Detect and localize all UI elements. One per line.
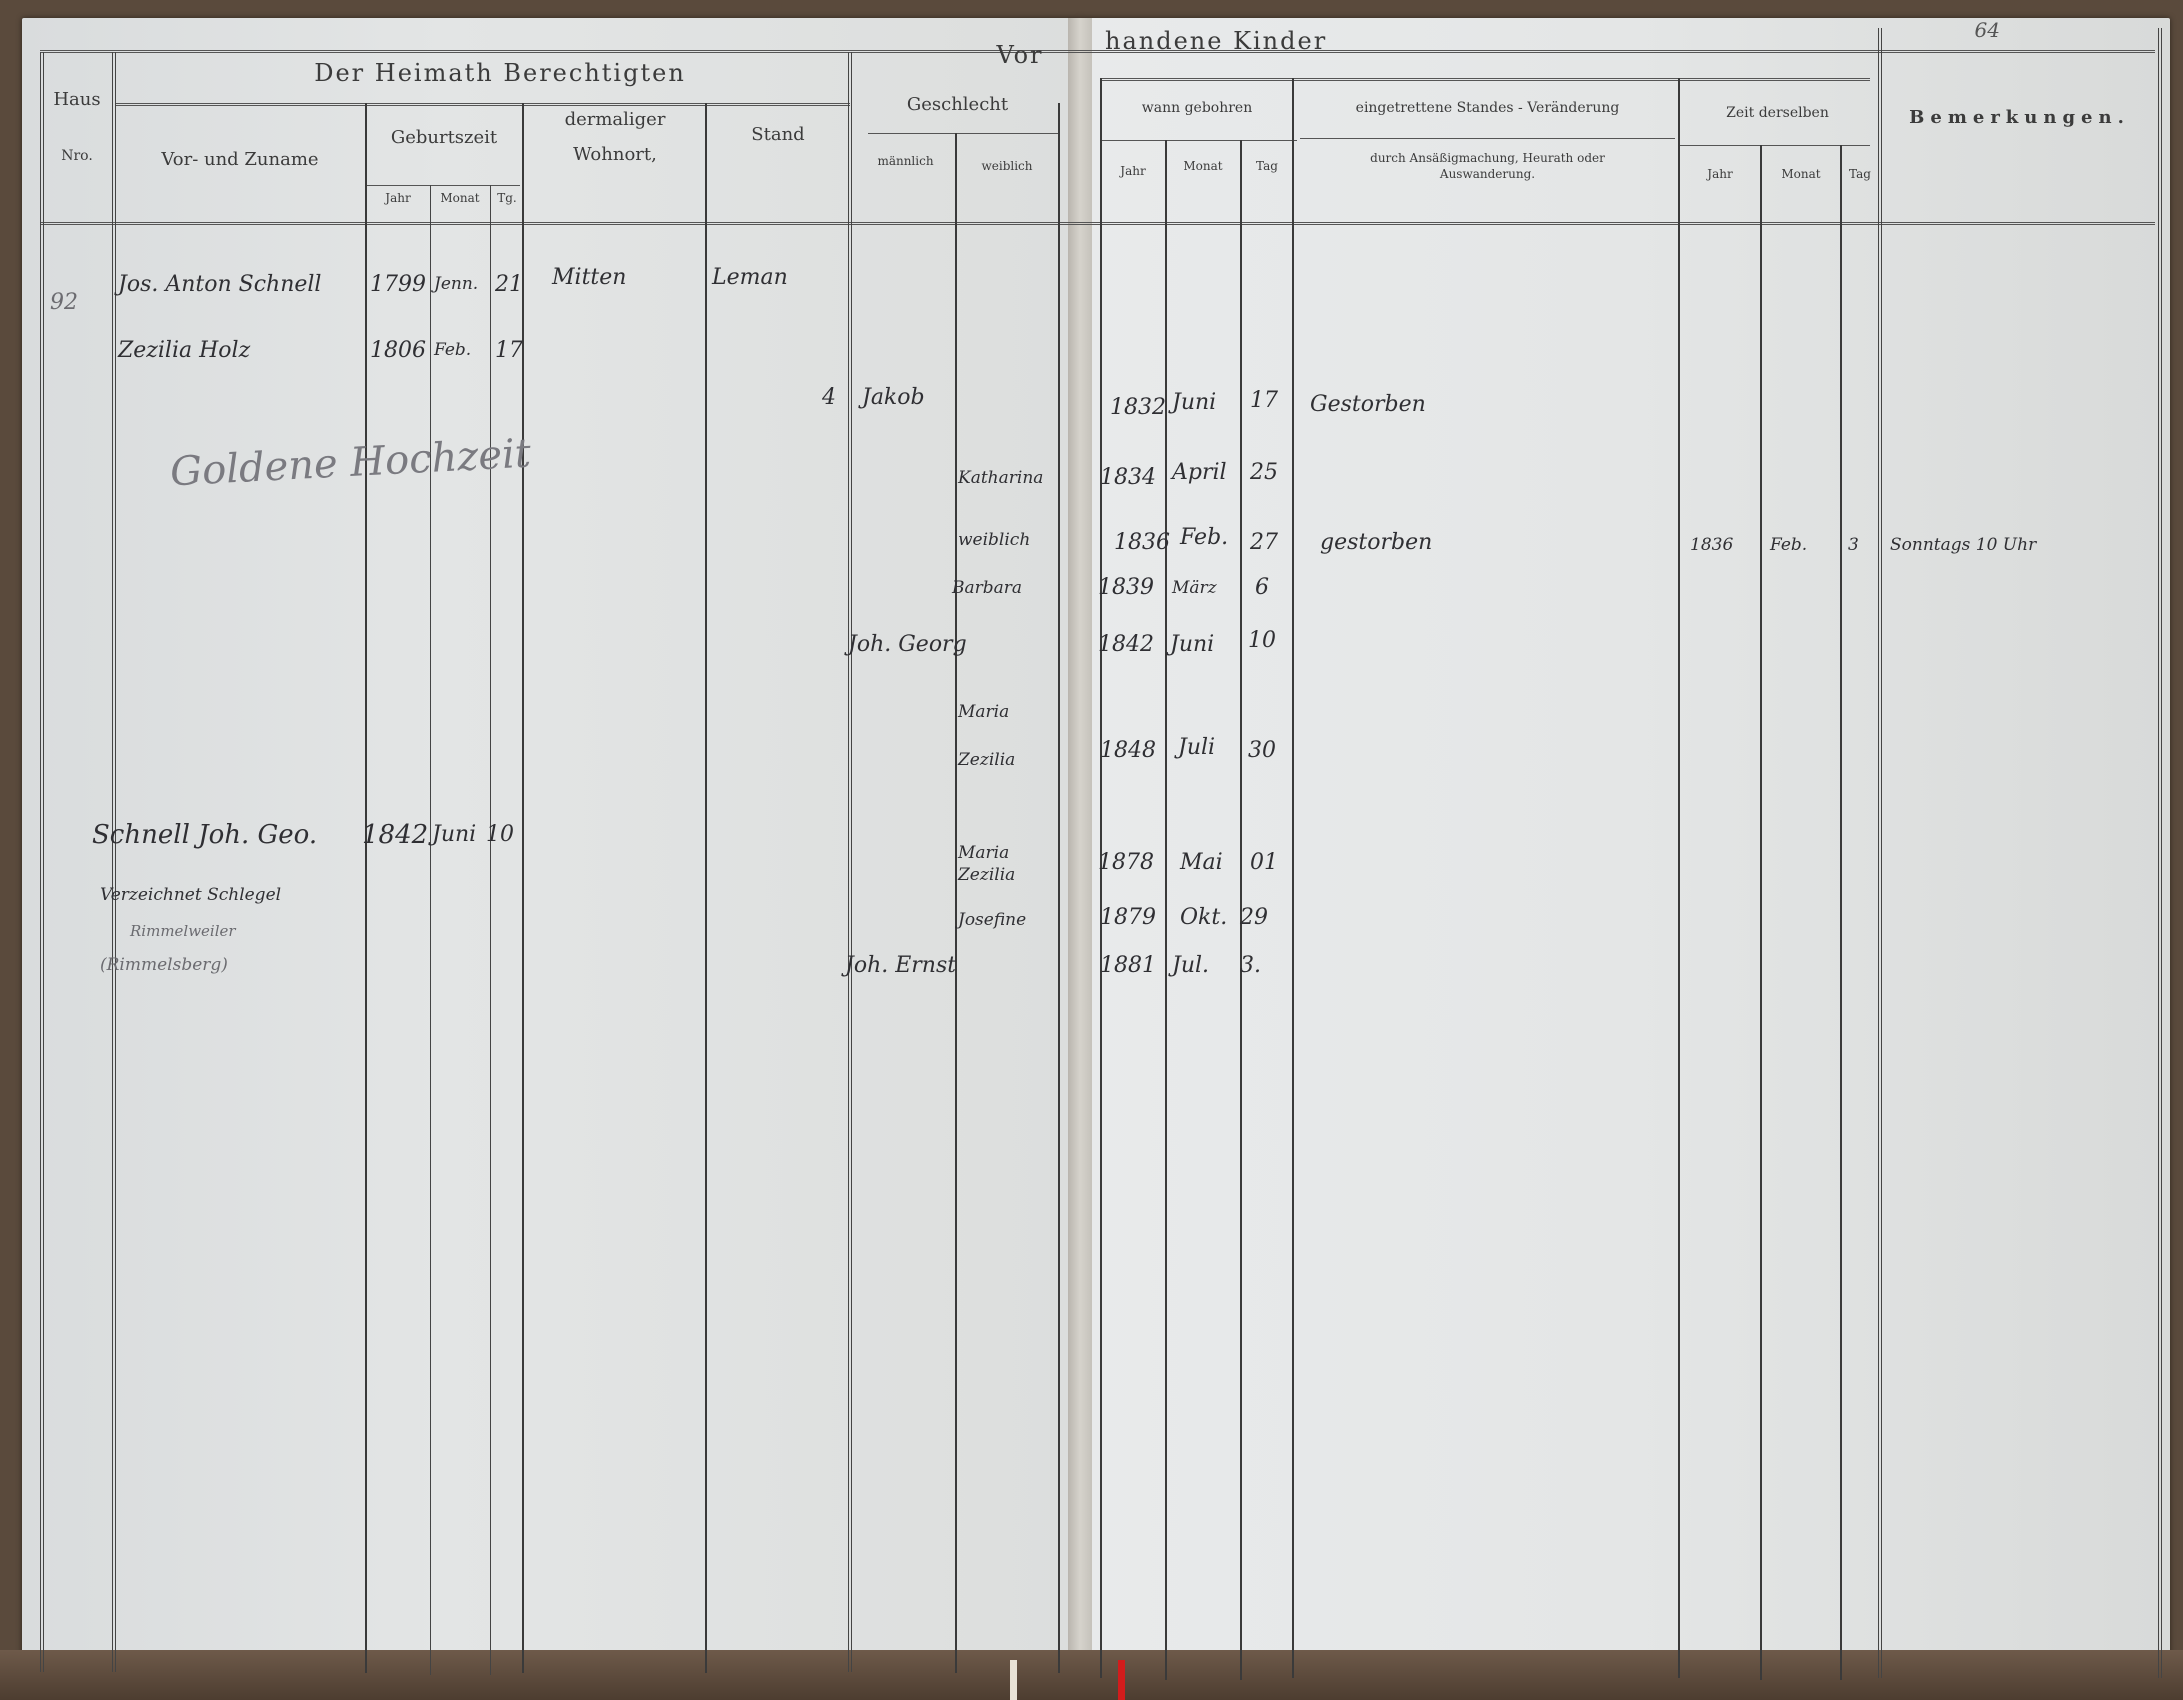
geburtszeit-subrule xyxy=(365,185,520,186)
parent-2-monat: Feb. xyxy=(434,340,471,360)
header-veraenderung: eingetrettene Standes - Veränderung xyxy=(1300,100,1675,116)
haus-number: 92 xyxy=(50,290,78,315)
child-3-monat: Feb. xyxy=(1180,525,1228,550)
header-geschlecht: Geschlecht xyxy=(860,95,1055,116)
rule-right-start xyxy=(1100,78,1102,1678)
entry-2-child-2-jahr: 1879 xyxy=(1100,905,1156,930)
entry-2-name: Schnell Joh. Geo. xyxy=(92,820,317,850)
rule-kind-jahr xyxy=(1165,140,1167,1680)
child-1-tag: 17 xyxy=(1250,388,1278,413)
child-2-jahr: 1834 xyxy=(1100,465,1156,490)
parent-2-tag: 17 xyxy=(495,338,523,363)
wann-subrule xyxy=(1102,140,1297,141)
child-count-mark: 4 xyxy=(822,385,836,410)
entry-2-child-3-monat: Jul. xyxy=(1172,953,1209,978)
header-zeit-monat: Monat xyxy=(1762,168,1840,182)
rule-veraenderung xyxy=(1678,78,1680,1678)
child-5-jahr: 1842 xyxy=(1098,632,1154,657)
title-handene-kinder: handene Kinder xyxy=(1105,28,1365,56)
bookmark-ribbon-red xyxy=(1118,1660,1125,1700)
header-nro: Nro. xyxy=(42,148,112,164)
header-kind-jahr: Jahr xyxy=(1102,165,1164,179)
rule-bemerkungen xyxy=(1878,28,1882,1678)
child-6-female: Maria Zezilia xyxy=(958,688,1053,784)
child-1-monat: Juni xyxy=(1172,390,1216,415)
page-number: 64 xyxy=(1975,18,2000,42)
child-2-monat: April xyxy=(1172,460,1227,485)
child-3-tag: 27 xyxy=(1250,530,1278,555)
title-vor: Vor xyxy=(980,42,1060,70)
entry-2-child-2-tag: 29 xyxy=(1240,905,1268,930)
child-6-tag: 30 xyxy=(1248,738,1276,763)
header-wann-gebohren: wann gebohren xyxy=(1102,100,1292,116)
header-kind-tag: Tag xyxy=(1242,160,1292,174)
header-weiblich: weiblich xyxy=(958,160,1056,174)
rule-zeit-jahr xyxy=(1760,145,1762,1680)
header-zeit-jahr: Jahr xyxy=(1680,168,1760,182)
child-3-v-jahr: 1836 xyxy=(1690,535,1733,555)
header-name: Vor- und Zuname xyxy=(120,150,360,171)
entry-2-child-1-female: Maria Zezilia xyxy=(958,842,1053,886)
entry-2-child-1-tag: 01 xyxy=(1250,850,1278,875)
book-gutter xyxy=(1068,18,1092,1678)
header-wohnort-1: dermaliger xyxy=(525,110,705,131)
header-stand: Stand xyxy=(708,125,848,146)
rule-kind-tag xyxy=(1292,78,1294,1678)
entry-2-monat: Juni xyxy=(432,822,476,847)
child-1-male: Jakob xyxy=(862,385,925,410)
header-veraenderung-sub-1: durch Ansäßigmachung, Heurath oder xyxy=(1300,152,1675,166)
header-gb-tag: Tg. xyxy=(492,192,522,206)
child-3-jahr: 1836 xyxy=(1114,530,1170,555)
parent-1-tag: 21 xyxy=(495,272,523,297)
entry-2-child-1-jahr: 1878 xyxy=(1098,850,1154,875)
parent-1-jahr: 1799 xyxy=(370,272,426,297)
header-geburtszeit: Geburtszeit xyxy=(368,128,520,149)
child-4-monat: März xyxy=(1172,578,1217,598)
child-3-veraenderung: gestorben xyxy=(1320,530,1432,555)
parent-2-jahr: 1806 xyxy=(370,338,426,363)
header-rule-right xyxy=(1100,78,1870,81)
child-3-v-monat: Feb. xyxy=(1770,535,1807,555)
book-edge xyxy=(0,1650,2183,1700)
child-3-female: weiblich xyxy=(958,530,1030,550)
entry-2-child-3-tag: 3. xyxy=(1240,953,1261,978)
child-1-veraenderung: Gestorben xyxy=(1310,392,1426,417)
rule-weiblich xyxy=(1058,103,1060,1673)
child-4-tag: 6 xyxy=(1255,575,1269,600)
header-bemerkungen: Bemerkungen. xyxy=(1882,108,2157,129)
rule-right-border xyxy=(2158,28,2162,1678)
top-rule xyxy=(40,50,2155,53)
child-2-female: Katharina xyxy=(958,468,1043,488)
child-6-monat: Juli xyxy=(1178,735,1215,760)
child-3-v-tag: 3 xyxy=(1848,535,1859,555)
rule-monat xyxy=(490,185,491,1675)
entry-2-note-2: Rimmelweiler xyxy=(130,922,236,940)
veraenderung-subrule xyxy=(1300,138,1675,139)
header-maennlich: männlich xyxy=(858,155,953,169)
geschlecht-subrule xyxy=(868,133,1058,134)
entry-2-child-3-jahr: 1881 xyxy=(1100,953,1156,978)
rule-zeit-monat xyxy=(1840,145,1842,1680)
title-heimath-berechtigten: Der Heimath Berechtigten xyxy=(250,60,750,88)
rule-left-border xyxy=(40,52,44,1672)
rule-wohnort xyxy=(705,103,707,1673)
entry-2-jahr: 1842 xyxy=(362,820,428,850)
entry-2-child-3-male: Joh. Ernst xyxy=(845,953,956,978)
header-veraenderung-sub-2: Auswanderung. xyxy=(1300,168,1675,182)
header-wohnort-2: Wohnort, xyxy=(525,145,705,166)
parent-1-name: Jos. Anton Schnell xyxy=(118,272,321,297)
child-5-tag: 10 xyxy=(1248,628,1276,653)
header-gb-monat: Monat xyxy=(432,192,488,206)
rule-haus xyxy=(112,52,116,1672)
entry-2-note-3: (Rimmelsberg) xyxy=(100,955,228,975)
header-haus: Haus xyxy=(42,90,112,111)
right-page: 64 xyxy=(1080,18,2170,1678)
child-2-tag: 25 xyxy=(1250,460,1278,485)
entry-2-child-2-monat: Okt. xyxy=(1180,905,1227,930)
entry-2-child-2-female: Josefine xyxy=(958,910,1026,930)
rule-jahr xyxy=(430,185,431,1675)
rule-stand xyxy=(848,52,852,1672)
child-5-monat: Juni xyxy=(1170,632,1214,657)
child-4-female: Barbara xyxy=(952,578,1022,598)
parent-1-monat: Jenn. xyxy=(434,274,478,294)
parent-1-stand: Leman xyxy=(712,265,788,290)
header-rule-left xyxy=(115,103,850,106)
entry-2-tag: 10 xyxy=(486,822,514,847)
parent-2-name: Zezilia Holz xyxy=(118,338,250,363)
child-3-bemerkung: Sonntags 10 Uhr xyxy=(1890,535,2036,555)
child-1-jahr: 1832 xyxy=(1110,395,1166,420)
bookmark-ribbon-white xyxy=(1010,1660,1017,1700)
rule-name xyxy=(365,103,367,1673)
header-zeit-tag: Tag xyxy=(1842,168,1878,182)
entry-2-child-1-monat: Mai xyxy=(1180,850,1223,875)
entry-2-note-1: Verzeichnet Schlegel xyxy=(100,885,281,905)
header-kind-monat: Monat xyxy=(1167,160,1239,174)
parent-1-wohnort: Mitten xyxy=(552,265,626,290)
rule-maennlich xyxy=(955,133,957,1673)
header-gb-jahr: Jahr xyxy=(368,192,428,206)
child-5-male: Joh. Georg xyxy=(848,632,967,657)
header-bottom-rule xyxy=(40,222,2155,225)
child-4-jahr: 1839 xyxy=(1098,575,1154,600)
child-6-jahr: 1848 xyxy=(1100,738,1156,763)
header-zeit-derselben: Zeit derselben xyxy=(1680,105,1875,121)
